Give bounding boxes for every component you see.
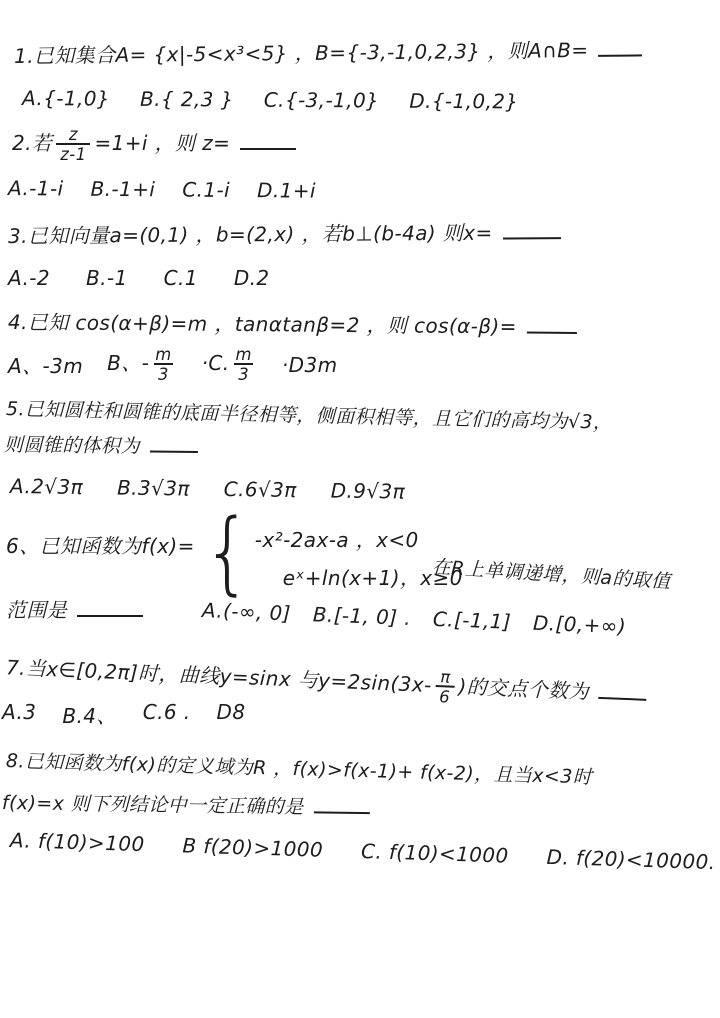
- q8-stem-line2-text: f(x)=x 则下列结论中一定正确的是: [2, 792, 304, 818]
- question-5-stem-line1: 5.已知圆柱和圆锥的底面半径相等，侧面积相等，且它们的高均为√3，: [6, 394, 613, 435]
- q4-option-b-fraction: m3: [153, 346, 173, 383]
- question-2-options: A.-1-i B.-1+i C.1-i D.1+i: [8, 176, 316, 203]
- q7-option-d: D8: [217, 700, 246, 729]
- question-8-stem-line2: f(x)=x 则下列结论中一定正确的是: [2, 788, 376, 820]
- q4-option-b-denominator: 3: [154, 363, 173, 383]
- q6-piecewise-row1: -x²-2ax-a ，x<0: [255, 524, 463, 553]
- question-5-stem-line2: 则圆锥的体积为: [4, 430, 204, 459]
- q8-option-b: B f(20)>1000: [182, 833, 323, 861]
- question-3-options: A.-2 B.-1 C.1 D.2: [8, 266, 270, 290]
- q4-option-c-denominator: 3: [234, 363, 253, 383]
- q4-option-c-label: ·C.: [202, 351, 230, 375]
- q6-option-c: C.[-1,1]: [432, 607, 511, 634]
- q6-stem-pre: 6、已知函数为f(x)=: [6, 530, 195, 559]
- q1-option-a: A.{-1,0}: [22, 86, 110, 111]
- q3-option-b: B.-1: [86, 266, 128, 290]
- q7-fraction-numerator: π: [438, 668, 453, 686]
- q3-stem-text: 3.已知向量a=(0,1) ，b=(2,x) ，若b⊥(b-4a) 则x=: [8, 221, 493, 248]
- q7-stem-pre: 7.当x∈[0,2π]时，曲线y=sinx 与y=2sin(3x-: [6, 655, 433, 697]
- q7-option-b: B.4、: [62, 700, 116, 729]
- q2-fraction-denominator: z-1: [56, 143, 90, 163]
- question-6-stem: 6、已知函数为f(x)= { -x²-2ax-a ，x<0 eˣ+ln(x+1)…: [6, 518, 463, 591]
- q2-stem-pre: 2.若: [12, 131, 52, 155]
- q7-option-a: A.3: [2, 700, 36, 729]
- q7-option-c: C.6 .: [143, 700, 191, 729]
- answer-blank-q3: [502, 221, 560, 239]
- q6-option-a: A.(-∞, 0]: [202, 598, 292, 625]
- q1-stem-text: 1.已知集合A= {x|-5<x³<5} ，B={-3,-1,0,2,3} ，则…: [14, 38, 589, 68]
- q5-stem-line1-text: 5.已知圆柱和圆锥的底面半径相等，侧面积相等，且它们的高均为√3，: [6, 398, 613, 434]
- q7-fraction-denominator: 6: [435, 685, 455, 706]
- q1-option-c: C.{-3,-1,0}: [264, 88, 380, 113]
- q8-option-c: C. f(10)<1000: [361, 839, 509, 868]
- q1-option-d: D.{-1,0,2}: [409, 89, 518, 114]
- question-3-stem: 3.已知向量a=(0,1) ，b=(2,x) ，若b⊥(b-4a) 则x=: [8, 216, 567, 249]
- q4-option-a: A、-3m: [8, 350, 83, 379]
- answer-blank-q7: [599, 681, 648, 701]
- q2-option-c: C.1-i: [182, 178, 230, 202]
- q7-fraction: π6: [435, 668, 455, 706]
- q8-option-a: A. f(10)>100: [10, 828, 145, 856]
- question-4-stem: 4.已知 cos(α+β)=m ，tanαtanβ=2 ，则 cos(α-β)=: [8, 306, 583, 340]
- question-1-options: A.{-1,0} B.{ 2,3 } C.{-3,-1,0} D.{-1,0,2…: [22, 86, 519, 113]
- q7-stem-post: )的交点个数为: [458, 674, 589, 703]
- question-6-stem-post: 在R上单调递增，则a的取值: [431, 552, 671, 594]
- q2-fraction-numerator: z: [67, 126, 80, 143]
- q5-option-a: A.2√3π: [10, 474, 83, 499]
- answer-blank-q1: [598, 38, 642, 56]
- answer-blank-q4: [527, 316, 577, 334]
- q3-option-c: C.1: [164, 266, 198, 290]
- q4-option-b-label: B、-: [107, 351, 149, 375]
- answer-blank-q6: [77, 599, 143, 617]
- question-7-options: A.3 B.4、 C.6 . D8: [2, 700, 245, 729]
- answer-blank-q8: [313, 796, 369, 814]
- question-8-options: A. f(10)>100 B f(20)>1000 C. f(10)<1000 …: [10, 828, 716, 874]
- q6-option-d: D.[0,+∞): [533, 611, 627, 639]
- question-6-stem-line2: 范围是: [6, 594, 149, 623]
- answer-blank-q5: [150, 435, 198, 453]
- q6-stem-line2-text: 范围是: [6, 598, 67, 622]
- q8-stem-line1-text: 8.已知函数为f(x)的定义域为R ，f(x)>f(x-1)+ f(x-2)，且…: [6, 750, 593, 788]
- question-8-stem-line1: 8.已知函数为f(x)的定义域为R ，f(x)>f(x-1)+ f(x-2)，且…: [6, 746, 593, 789]
- q1-option-b: B.{ 2,3 }: [140, 87, 234, 112]
- q8-option-d: D. f(20)<10000.: [546, 845, 716, 874]
- q2-fraction: zz-1: [56, 126, 90, 163]
- piecewise-brace: {: [203, 513, 253, 594]
- q3-option-d: D.2: [234, 266, 270, 290]
- q2-stem-post: =1+i ，则 z=: [94, 131, 230, 155]
- q6-option-b: B.[-1, 0] .: [312, 602, 411, 630]
- q4-option-c: ·C.m3: [202, 346, 258, 383]
- q4-option-b-numerator: m: [153, 346, 173, 363]
- q3-option-a: A.-2: [8, 266, 50, 290]
- q4-stem-text: 4.已知 cos(α+β)=m ，tanαtanβ=2 ，则 cos(α-β)=: [8, 310, 517, 338]
- q2-option-b: B.-1+i: [90, 177, 155, 202]
- q5-stem-line2-text: 则圆锥的体积为: [4, 434, 140, 457]
- question-2-stem: 2.若zz-1=1+i ，则 z=: [12, 126, 302, 163]
- q2-option-d: D.1+i: [257, 178, 316, 203]
- answer-blank-q2: [240, 132, 296, 150]
- handwritten-exam-page: 1.已知集合A= {x|-5<x³<5} ，B={-3,-1,0,2,3} ，则…: [0, 0, 720, 1018]
- q6-stem-post-text: 在R上单调递增，则a的取值: [431, 556, 671, 593]
- question-1-stem: 1.已知集合A= {x|-5<x³<5} ，B={-3,-1,0,2,3} ，则…: [14, 33, 649, 69]
- q4-option-c-numerator: m: [234, 346, 254, 363]
- question-6-options: A.(-∞, 0] B.[-1, 0] . C.[-1,1] D.[0,+∞): [202, 598, 627, 638]
- q4-option-b: B、-m3: [107, 346, 178, 383]
- question-5-options: A.2√3π B.3√3π C.6√3π D.9√3π: [10, 474, 405, 504]
- q5-option-c: C.6√3π: [224, 477, 297, 502]
- q2-option-a: A.-1-i: [8, 176, 64, 200]
- q4-option-d: ·D3m: [282, 353, 338, 377]
- question-4-options: A、-3m B、-m3 ·C.m3 ·D3m: [8, 346, 337, 383]
- q5-option-d: D.9√3π: [331, 478, 406, 503]
- q5-option-b: B.3√3π: [117, 475, 190, 500]
- q4-option-c-fraction: m3: [234, 346, 254, 383]
